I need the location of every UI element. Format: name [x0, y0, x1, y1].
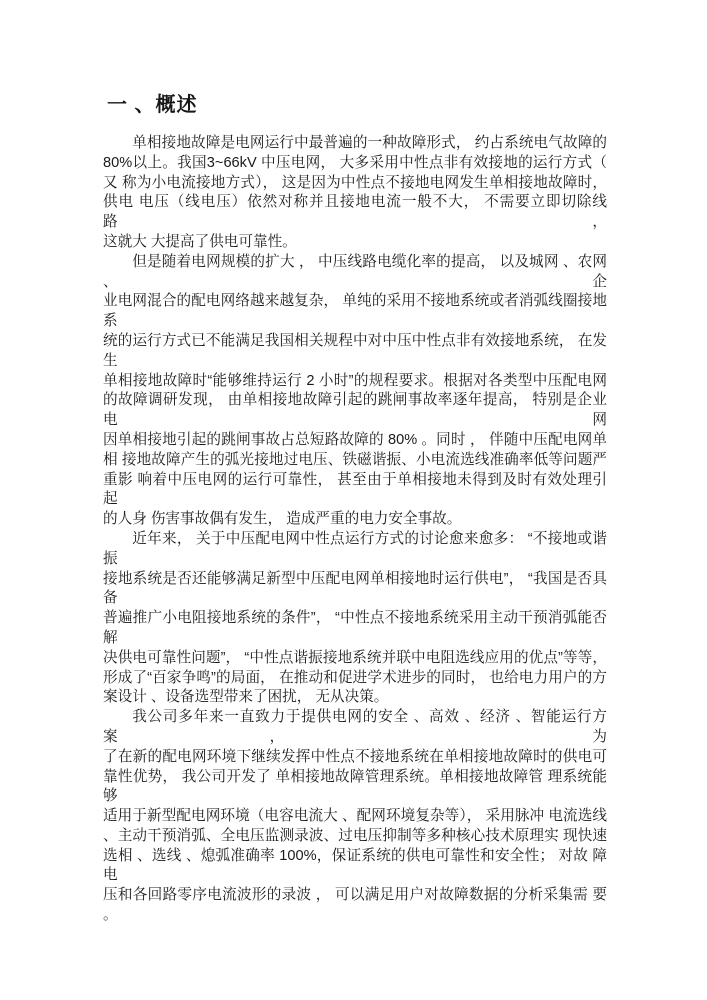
text-line: 单相接地故障是电网运行中最普遍的一种故障形式， 约占系统电气故障的: [103, 134, 607, 154]
text-line: 我公司多年来一直致力于提供电网的安全 、高效 、经济 、智能运行方案， 为: [103, 708, 607, 748]
text-line: 统的运行方式已不能满足我国相关规程中对中压中性点非有效接地系统， 在发生: [103, 332, 607, 372]
text-line: 了在新的配电网环境下继续发挥中性点不接地系统在单相接地故障时的供电可: [103, 748, 607, 768]
text-line: 普遍推广小电阻接地系统的条件”， “中性点不接地系统采用主动干预消弧能否解: [103, 609, 607, 649]
document-page: 一 、概述 单相接地故障是电网运行中最普遍的一种故障形式， 约占系统电气故障的 …: [0, 0, 707, 1000]
text-line: 接地系统是否还能够满足新型中压配电网单相接地时运行供电”， “我国是否具备: [103, 570, 607, 610]
paragraph-4: 我公司多年来一直致力于提供电网的安全 、高效 、经济 、智能运行方案， 为 了在…: [103, 708, 607, 926]
paragraph-2: 但是随着电网规模的扩大 ， 中压线路电缆化率的提高， 以及城网 、农网 、企 业…: [103, 253, 607, 530]
text-line: 的人身 伤害事故偶有发生， 造成严重的电力安全事故。: [103, 510, 607, 530]
text-line: 压和各回路零序电流波形的录波 ， 可以满足用户对故障数据的分析采集需 要: [103, 886, 607, 906]
text-line: 单相接地故障时“能够维持运行 2 小时”的规程要求。根据对各类型中压配电网: [103, 372, 607, 392]
text-line: 重影 响着中压电网的运行可靠性， 甚至由于单相接地未得到及时有效处理引起: [103, 471, 607, 511]
text-line: 适用于新型配电网环境（电容电流大 、配网环境复杂等）， 采用脉冲 电流选线: [103, 807, 607, 827]
text-line: 形成了“百家争鸣”的局面， 在推动和促进学术进步的同时， 也给电力用户的方: [103, 669, 607, 689]
section-heading: 一 、概述: [107, 92, 607, 119]
text-line: 这就大 大提高了供电可靠性。: [103, 233, 607, 253]
document-content: 一 、概述 单相接地故障是电网运行中最普遍的一种故障形式， 约占系统电气故障的 …: [103, 92, 607, 926]
text-line: 决供电可靠性问题”， “中性点谐振接地系统并联中电阻选线应用的优点”等等，: [103, 649, 607, 669]
text-line: 又 称为小电流接地方式）， 这是因为中性点不接地电网发生单相接地故障时，: [103, 174, 607, 194]
text-line: 业电网混合的配电网络越来越复杂， 单纯的采用不接地系统或者消弧线圈接地系: [103, 292, 607, 332]
text-line: 的故障调研发现， 由单相接地故障引起的跳闸事故率逐年提高， 特别是企业电网: [103, 391, 607, 431]
text-line: 案设计 、设备选型带来了困扰， 无从决策。: [103, 688, 607, 708]
paragraph-3: 近年来， 关于中压配电网中性点运行方式的讨论愈来愈多： “不接地或谐振 接地系统…: [103, 530, 607, 708]
paragraph-1: 单相接地故障是电网运行中最普遍的一种故障形式， 约占系统电气故障的 80%以上。…: [103, 134, 607, 253]
text-line: 因单相接地引起的跳闸事故占总短路故障的 80% 。同时 ， 伴随中压配电网单: [103, 431, 607, 451]
text-line: 但是随着电网规模的扩大 ， 中压线路电缆化率的提高， 以及城网 、农网 、企: [103, 253, 607, 293]
text-line: 、主动干预消弧、全电压监测录波、过电压抑制等多种核心技术原理实 现快速: [103, 827, 607, 847]
text-line: 靠性优势， 我公司开发了 单相接地故障管理系统。单相接地故障管 理系统能够: [103, 768, 607, 808]
text-line: 。: [103, 906, 607, 926]
text-line: 相 接地故障产生的弧光接地过电压、铁磁谐振、小电流选线准确率低等问题严: [103, 451, 607, 471]
text-line: 供电 电压（线电压）依然对称并且接地电流一般不大， 不需要立即切除线路，: [103, 193, 607, 233]
text-line: 近年来， 关于中压配电网中性点运行方式的讨论愈来愈多： “不接地或谐振: [103, 530, 607, 570]
text-line: 选相 、选线 、熄弧准确率 100%，保证系统的供电可靠性和安全性； 对故 障电: [103, 847, 607, 887]
text-line: 80%以上。我国3~66kV 中压电网， 大多采用中性点非有效接地的运行方式（: [103, 154, 607, 174]
